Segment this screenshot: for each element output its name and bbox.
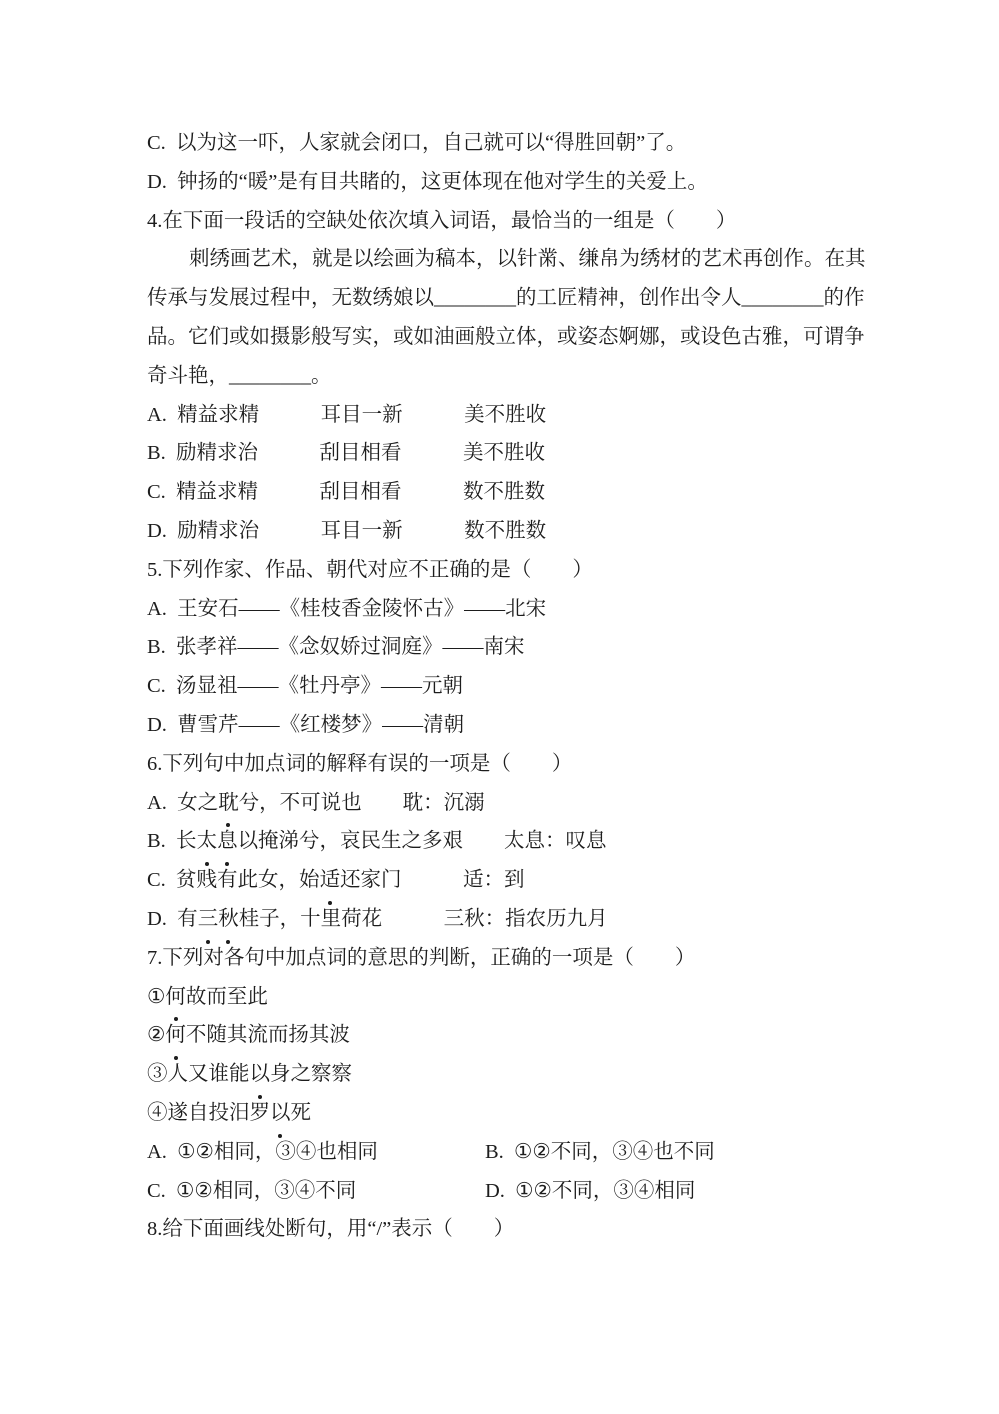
q7-options-ab-col-2: B. ①②不同，③④也不同 [485,1133,715,1172]
q5-option-b: B. 张孝祥——《念奴娇过洞庭》——南宋 [147,628,892,667]
emphasized-char: 太 [197,822,218,861]
q6-option-a: A. 女之耽兮，不可说也 耽：沉溺 [147,784,892,823]
emphasized-char: 何 [165,1016,186,1055]
emphasized-char: 三 [198,900,219,939]
q4-passage-line-4: 奇斗艳，________。 [147,357,892,396]
q5-option-a: A. 王安石——《桂枝香金陵怀古》——北宋 [147,590,892,629]
q6-option-d: D. 有三秋桂子，十里荷花 三秋：指农历九月 [147,900,892,939]
emphasized-char: 秋 [218,900,239,939]
q4-option-b: B. 励精求治 刮目相看 美不胜收 [147,434,892,473]
q4-passage-line-2: 传承与发展过程中，无数绣娘以________的工匠精神，创作出令人_______… [147,279,892,318]
q7-stem: 7.下列对各句中加点词的意思的判断，正确的一项是（ ） [147,939,892,978]
q6-stem: 6.下列句中加点词的解释有误的一项是（ ） [147,745,892,784]
emphasized-char: 以 [270,1094,291,1133]
q4-passage-line-1: 刺绣画艺术，就是以绘画为稿本，以针黹、缣帛为绣材的艺术再创作。在其 [147,240,892,279]
q7-item-2: ②何不随其流而扬其波 [147,1016,892,1055]
emphasized-char: 耽 [218,784,239,823]
q5-option-d: D. 曹雪芹——《红楼梦》——清朝 [147,706,892,745]
q7-item-4: ④遂自投汨罗以死 [147,1094,892,1133]
q4-option-c: C. 精益求精 刮目相看 数不胜数 [147,473,892,512]
q4-passage-line-3: 品。它们或如摄影般写实，或如油画般立体，或姿态婀娜，或设色古雅，可谓争 [147,318,892,357]
q5-option-c: C. 汤显祖——《牡丹亭》——元朝 [147,667,892,706]
q3-option-c: C. 以为这一吓，人家就会闭口，自己就可以“得胜回朝”了。 [147,124,892,163]
q7-options-ab-col-1: A. ①②相同，③④也相同 [147,1133,485,1172]
q7-item-3: ③人又谁能以身之察察 [147,1055,892,1094]
exam-page: C. 以为这一吓，人家就会闭口，自己就可以“得胜回朝”了。D. 钟扬的“暖”是有… [0,0,999,1414]
q6-option-c: C. 贫贱有此女，始适还家门 适：到 [147,861,892,900]
q4-option-a: A. 精益求精 耳目一新 美不胜收 [147,396,892,435]
q4-stem: 4.在下面一段话的空缺处依次填入词语，最恰当的一组是（ ） [147,202,892,241]
q7-options-ab: A. ①②相同，③④也相同B. ①②不同，③④也不同 [147,1133,892,1172]
q6-option-b: B. 长太息以掩涕兮，哀民生之多艰 太息：叹息 [147,822,892,861]
q7-item-1: ①何故而至此 [147,978,892,1017]
exam-body: C. 以为这一吓，人家就会闭口，自己就可以“得胜回朝”了。D. 钟扬的“暖”是有… [147,124,892,1249]
emphasized-char: 适 [320,861,341,900]
q7-options-cd-col-1: C. ①②相同，③④不同 [147,1172,485,1211]
q5-stem: 5.下列作家、作品、朝代对应不正确的是（ ） [147,551,892,590]
emphasized-char: 以 [250,1055,271,1094]
q3-option-d: D. 钟扬的“暖”是有目共睹的，这更体现在他对学生的关爱上。 [147,163,892,202]
q4-option-d: D. 励精求治 耳目一新 数不胜数 [147,512,892,551]
q8-stem: 8.给下面画线处断句，用“/”表示（ ） [147,1210,892,1249]
q7-options-cd: C. ①②相同，③④不同D. ①②不同，③④相同 [147,1172,892,1211]
q7-options-cd-col-2: D. ①②不同，③④相同 [485,1172,695,1211]
emphasized-char: 息 [217,822,238,861]
emphasized-char: 何 [165,978,186,1017]
